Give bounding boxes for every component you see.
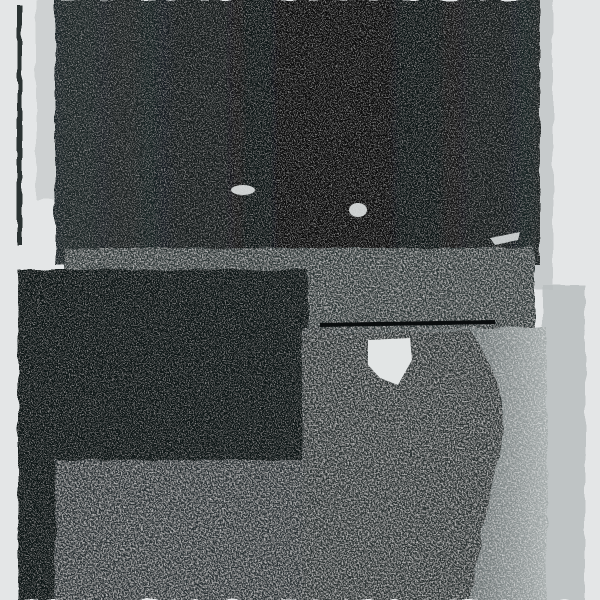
- abstract-monotype-artwork: [0, 0, 600, 600]
- artwork-canvas: [0, 0, 600, 600]
- white-highlight-right: [349, 203, 367, 217]
- left-vertical-stroke: [17, 5, 22, 245]
- left-wash-strip: [36, 0, 56, 200]
- white-highlight-left: [231, 185, 255, 195]
- lower-left-textured-area: [55, 460, 305, 600]
- right-wash-strip-bottom: [543, 285, 585, 600]
- top-dark-block: [55, 0, 540, 265]
